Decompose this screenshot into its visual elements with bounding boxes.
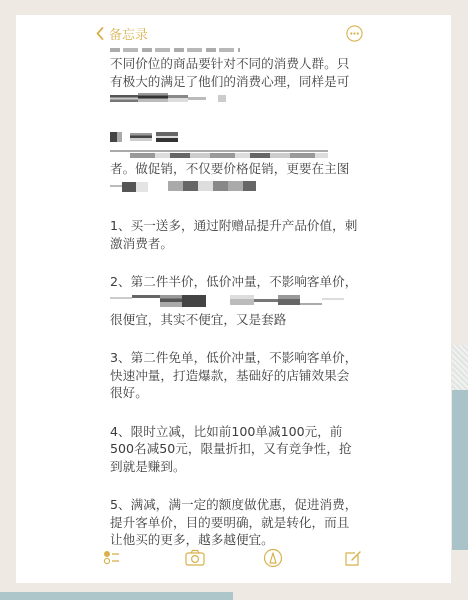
note-body[interactable]: 不同价位的商品要针对不同的消费人群。只 有极大的满足了他们的消费心理，同样是可 … — [110, 45, 370, 549]
redacted-line — [110, 90, 370, 108]
note-line: 有极大的满足了他们的消费心理，同样是可 — [110, 73, 370, 91]
list-item-2-line: 2、第二件半价，低价冲量，不影响客单价， — [110, 273, 370, 291]
chevron-left-icon — [96, 27, 104, 40]
notes-screen: 备忘录 不同价位的商品要针对不同的消费人群。只 有极大的满足了他们的消费心理，同… — [16, 15, 451, 583]
list-item-4-line: 到就是赚到。 — [110, 458, 370, 476]
list-item-5-line: 提升客单价，目的要明确，就是转化，而且 — [110, 514, 370, 532]
background-speckle — [452, 345, 468, 390]
bottom-toolbar — [16, 547, 451, 577]
list-item-1-line: 1、买一送多，通过附赠品提升产品价值，刺 — [110, 217, 370, 235]
list-item-3-line: 很好。 — [110, 384, 370, 402]
list-item-3-line: 3、第二件免单，低价冲量，不影响客单价， — [110, 349, 370, 367]
list-item-4-line: 4、限时立减，比如前100单减100元，前 — [110, 423, 370, 441]
list-item-4-line: 500名减50元，限量折扣，又有竞争性，抢 — [110, 440, 370, 458]
checklist-icon[interactable] — [102, 547, 124, 569]
list-item-5-line: 让他买的更多，越多越便宜。 — [110, 531, 370, 549]
camera-icon[interactable] — [184, 547, 206, 569]
back-label: 备忘录 — [109, 24, 148, 43]
cut-off-line — [110, 45, 370, 55]
note-line: 者。做促销，不仅要价格促销，更要在主图 — [110, 160, 370, 178]
background-blue-strip-right — [452, 390, 468, 550]
redacted-line — [110, 146, 370, 160]
background-blue-strip-bottom — [0, 592, 233, 600]
list-item-3-line: 快速冲量，打造爆款，基础好的店铺效果会 — [110, 367, 370, 385]
list-item-2-line: 很便宜，其实不便宜，又是套路 — [110, 311, 370, 329]
list-item-1-line: 激消费者。 — [110, 235, 370, 253]
markup-icon[interactable] — [262, 547, 284, 569]
back-button[interactable]: 备忘录 — [96, 24, 148, 43]
redacted-line — [110, 178, 370, 196]
ellipsis-circle-icon[interactable] — [346, 25, 363, 42]
note-line: 不同价位的商品要针对不同的消费人群。只 — [110, 55, 370, 73]
compose-icon[interactable] — [342, 547, 364, 569]
redacted-line — [110, 291, 370, 311]
list-item-5-line: 5、满减，满一定的额度做优惠，促进消费， — [110, 496, 370, 514]
redacted-line — [110, 129, 370, 147]
